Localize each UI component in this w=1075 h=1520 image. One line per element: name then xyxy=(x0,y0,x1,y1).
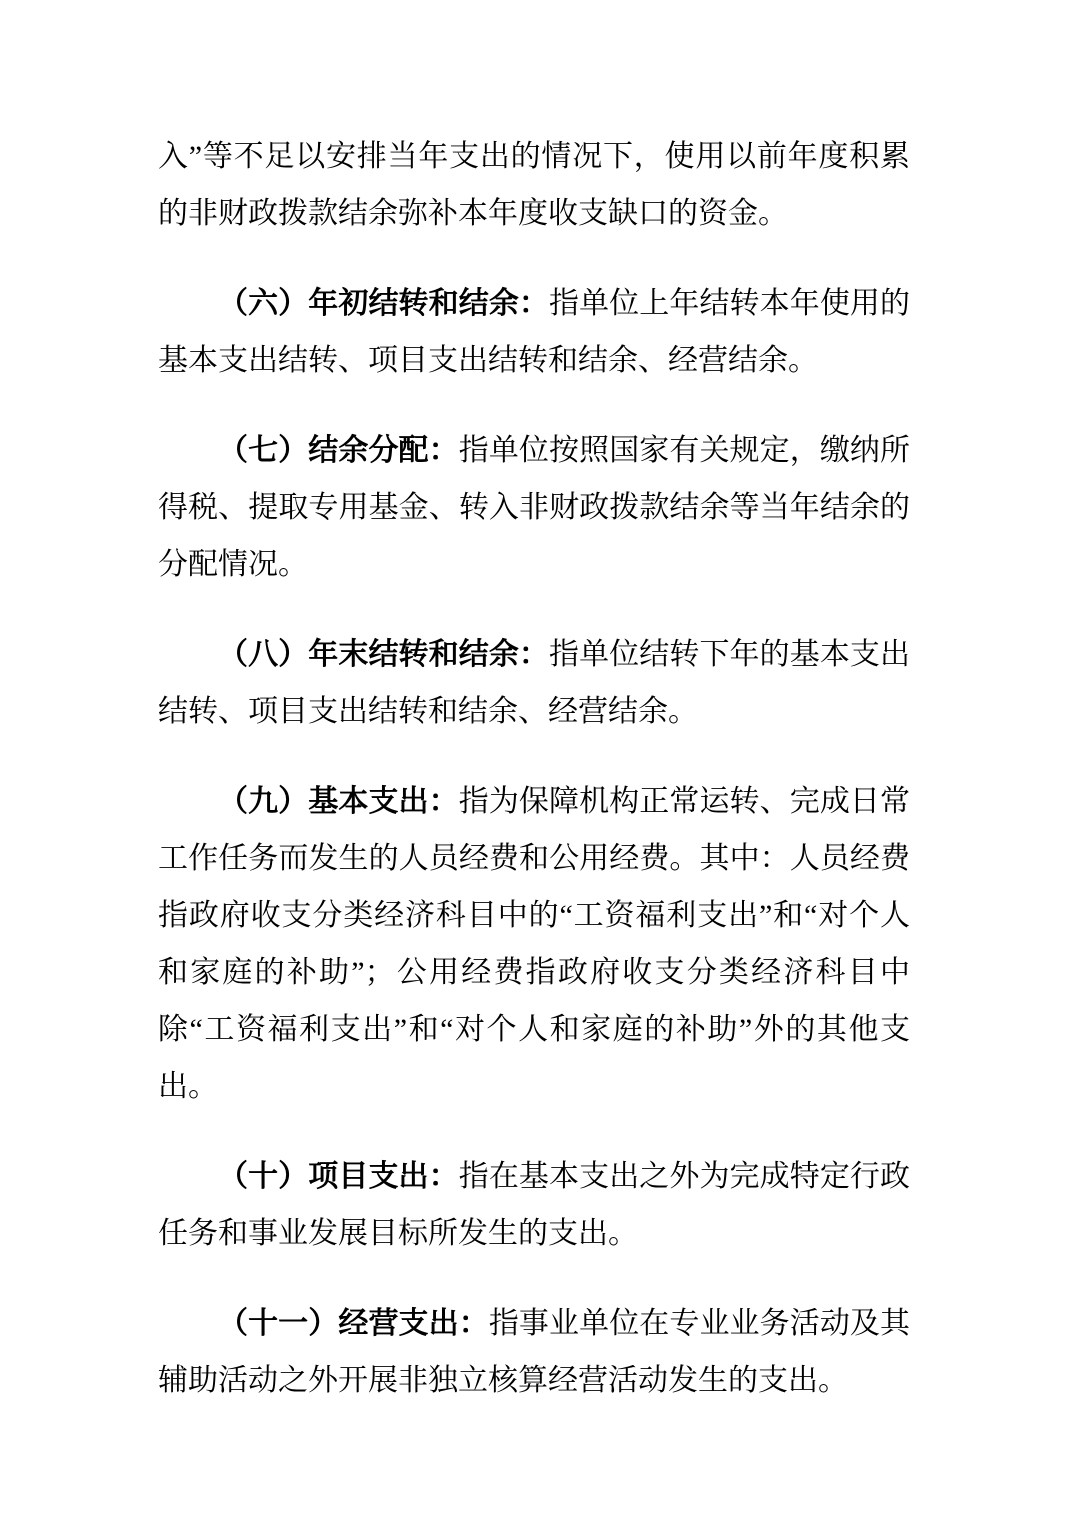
paragraph: 入”等不足以安排当年支出的情况下，使用以前年度积累的非财政拨款结余弥补本年度收支… xyxy=(158,128,910,242)
paragraph-lead: （八）年末结转和结余： xyxy=(218,638,549,671)
paragraph-text: 入”等不足以安排当年支出的情况下，使用以前年度积累的非财政拨款结余弥补本年度收支… xyxy=(158,140,910,230)
paragraph-lead: （六）年初结转和结余： xyxy=(218,287,549,320)
paragraph-lead: （七）结余分配： xyxy=(218,434,459,467)
paragraph: （十）项目支出：指在基本支出之外为完成特定行政任务和事业发展目标所发生的支出。 xyxy=(158,1148,910,1262)
paragraph-text: 指为保障机构正常运转、完成日常工作任务而发生的人员经费和公用经费。其中：人员经费… xyxy=(158,785,910,1103)
paragraph-lead: （十一）经营支出： xyxy=(218,1307,489,1340)
paragraph-lead: （九）基本支出： xyxy=(218,785,459,818)
paragraph: （八）年末结转和结余：指单位结转下年的基本支出结转、项目支出结转和结余、经营结余… xyxy=(158,626,910,740)
paragraph: （六）年初结转和结余：指单位上年结转本年使用的基本支出结转、项目支出结转和结余、… xyxy=(158,275,910,389)
paragraph-lead: （十）项目支出： xyxy=(218,1160,459,1193)
paragraph: （十一）经营支出：指事业单位在专业业务活动及其辅助活动之外开展非独立核算经营活动… xyxy=(158,1295,910,1409)
paragraph: （九）基本支出：指为保障机构正常运转、完成日常工作任务而发生的人员经费和公用经费… xyxy=(158,773,910,1115)
paragraph: （七）结余分配：指单位按照国家有关规定，缴纳所得税、提取专用基金、转入非财政拨款… xyxy=(158,422,910,593)
document-page: 入”等不足以安排当年支出的情况下，使用以前年度积累的非财政拨款结余弥补本年度收支… xyxy=(0,0,1075,1520)
document-body: 入”等不足以安排当年支出的情况下，使用以前年度积累的非财政拨款结余弥补本年度收支… xyxy=(158,128,910,1442)
